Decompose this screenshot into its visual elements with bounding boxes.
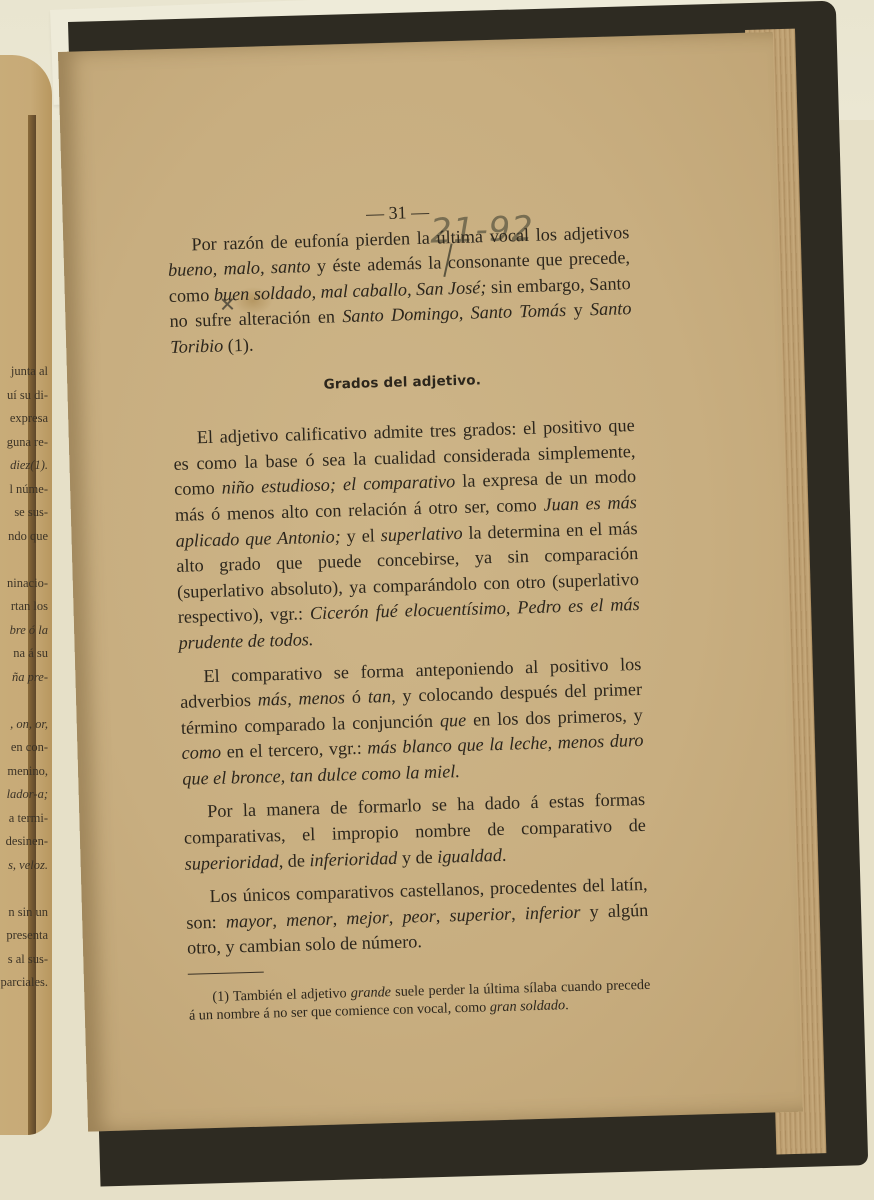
footnote: (1) También el adjetivo grande suele per…	[188, 976, 651, 1025]
paragraph: El comparativo se forma anteponiendo al …	[179, 651, 644, 792]
italic-run: superior	[449, 904, 511, 926]
left-page-text: junta aluí su di-expresaguna re-diez(1).…	[0, 360, 50, 995]
text-run: y	[566, 300, 590, 321]
body-paragraphs: El adjetivo calificativo admite tres gra…	[172, 413, 649, 962]
text-run: en el tercero, vgr.:	[221, 738, 368, 762]
italic-run: tan	[368, 686, 392, 707]
left-page-line: parciales.	[0, 971, 50, 995]
text-run: .	[565, 997, 569, 1013]
left-page-line: desinen-	[0, 830, 50, 854]
italic-run: buen soldado, mal caballo, San José;	[214, 277, 487, 305]
italic-run: Santo Domingo, Santo Tomás	[342, 300, 566, 326]
left-page-line: bre ó la	[0, 619, 50, 643]
left-page-line: a termi-	[0, 807, 50, 831]
text-run: (1).	[223, 335, 254, 356]
italic-run: igualdad	[437, 845, 502, 867]
italic-run: inferioridad	[309, 847, 397, 869]
italic-run: mayor	[226, 910, 273, 931]
left-page-line: se sus-	[0, 501, 50, 525]
italic-run: peor	[402, 906, 436, 927]
italic-run: superlativo	[380, 522, 462, 544]
left-page-line: presenta	[0, 924, 50, 948]
left-page-line: ña pre-	[0, 666, 50, 690]
text-run: ,	[272, 910, 286, 930]
left-page-line: uí su di-	[0, 384, 50, 408]
italic-run: menor	[286, 909, 333, 930]
paragraph: Los únicos comparativos castellanos, pro…	[185, 872, 649, 962]
left-page-line: s, veloz.	[0, 854, 50, 878]
left-page-line: n sin un	[0, 901, 50, 925]
left-page-line: junta al	[0, 360, 50, 384]
italic-run: que	[440, 710, 467, 731]
left-page-line	[0, 877, 50, 901]
text-run: ,	[511, 903, 525, 923]
italic-run: inferior	[525, 902, 581, 924]
italic-run: grande	[351, 984, 392, 1001]
paragraph: El adjetivo calificativo admite tres gra…	[172, 413, 640, 656]
text-run: ,	[435, 905, 449, 925]
left-page-line: l núme-	[0, 478, 50, 502]
left-page-line: rtan los	[0, 595, 50, 619]
left-page-line: lador-a;	[0, 783, 50, 807]
italic-run: gran soldado	[490, 997, 566, 1015]
footnote-indent	[188, 989, 212, 1006]
italic-run: superioridad	[184, 851, 279, 874]
intro-paragraphs: Por razón de eufonía pierden la última v…	[167, 220, 632, 361]
text-run: y el	[340, 525, 381, 546]
text-run: en los dos primeros, y	[466, 705, 643, 730]
italic-run: niño estudioso; el comparativo	[221, 471, 455, 498]
left-page-line: ndo que	[0, 525, 50, 549]
italic-run: mejor	[346, 907, 389, 928]
text-run: ,	[332, 908, 346, 928]
italic-run: como	[181, 742, 221, 763]
text-run: Por la manera de formarlo se ha dado á e…	[184, 789, 646, 847]
left-page-line: expresa	[0, 407, 50, 431]
left-page-fragment: junta aluí su di-expresaguna re-diez(1).…	[0, 55, 52, 1135]
text-run: .	[502, 844, 507, 864]
left-page-line: diez(1).	[0, 454, 50, 478]
italic-run: más, menos	[257, 687, 345, 709]
paragraph: Por razón de eufonía pierden la última v…	[167, 220, 632, 361]
page-content: — 31 — Por razón de eufonía pierden la ú…	[166, 194, 651, 1039]
left-page-line: na á su	[0, 642, 50, 666]
section-heading: Grados del adjetivo.	[171, 364, 634, 402]
left-page-line: menino,	[0, 760, 50, 784]
italic-run: bueno, malo, santo	[168, 256, 311, 280]
footnote-rule	[188, 972, 264, 975]
text-run: ,	[388, 907, 402, 927]
paragraph: Por la manera de formarlo se ha dado á e…	[183, 787, 647, 877]
text-run: ó	[345, 687, 368, 708]
left-page-line: s al sus-	[0, 948, 50, 972]
text-run: , de	[278, 850, 309, 871]
right-page: ✕ 21-92 — 31 — Por razón de eufonía pier…	[58, 32, 803, 1132]
text-run: y de	[397, 846, 437, 867]
left-page-line	[0, 689, 50, 713]
left-page-line: ninacio-	[0, 572, 50, 596]
left-page-line: guna re-	[0, 431, 50, 455]
left-page-line: en con-	[0, 736, 50, 760]
left-page-line	[0, 548, 50, 572]
text-run: (1) También el adjetivo	[212, 985, 351, 1005]
left-page-line: , on, or,	[0, 713, 50, 737]
